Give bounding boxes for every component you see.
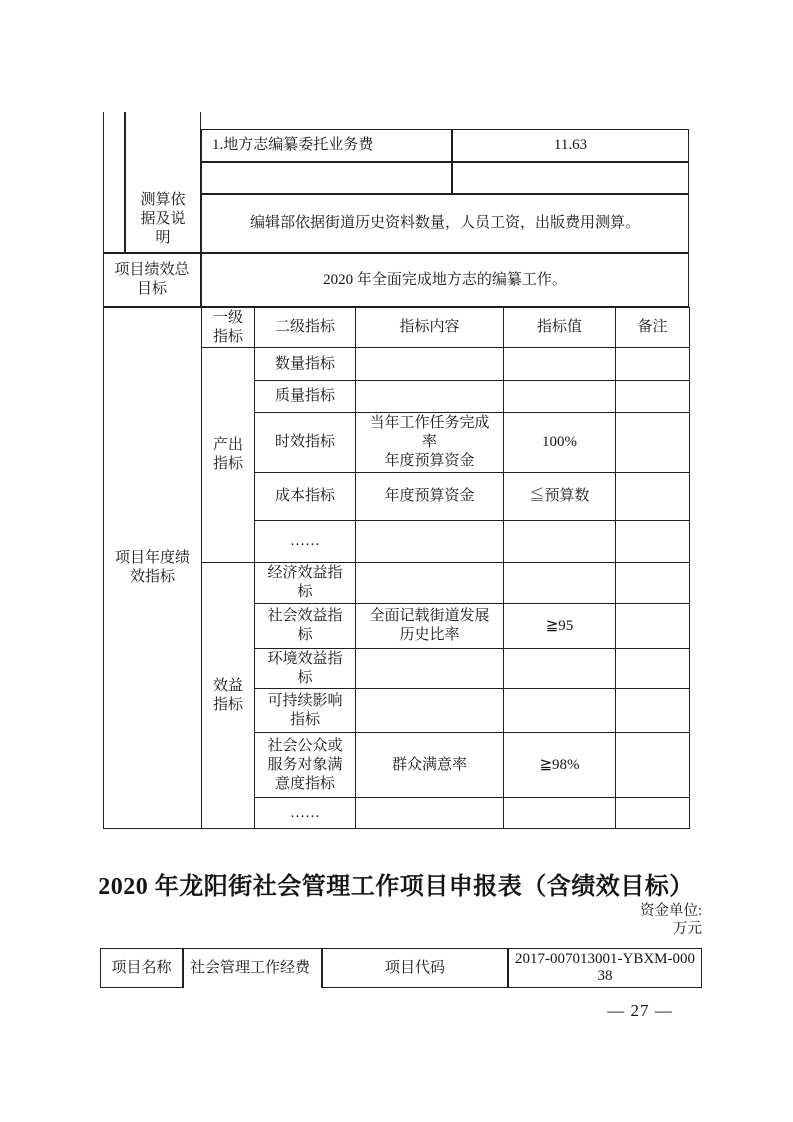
content-cell: 全面记载街道发展 历史比率 bbox=[356, 604, 504, 649]
remark-cell bbox=[616, 689, 690, 733]
content-cell bbox=[356, 563, 504, 604]
fund-unit-value: 万元 bbox=[402, 921, 702, 939]
level2-cell: …… bbox=[255, 798, 356, 829]
annual-indicator-label-cell: 项目年度绩 效指标 bbox=[104, 308, 202, 829]
value-cell: 100% bbox=[504, 413, 616, 473]
content-cell bbox=[356, 798, 504, 829]
value-cell bbox=[504, 521, 616, 563]
content-cell bbox=[356, 689, 504, 733]
header-content-cell: 指标内容 bbox=[356, 308, 504, 348]
remark-cell bbox=[616, 381, 690, 413]
header-level1-cell: 一级 指标 bbox=[202, 308, 255, 348]
project-code-value-cell: 2017-007013001-YBXM-00038 bbox=[508, 948, 702, 988]
value-cell: ≧98% bbox=[504, 733, 616, 798]
header-value-cell: 指标值 bbox=[504, 308, 616, 348]
content-cell bbox=[356, 348, 504, 381]
value-cell: ≦预算数 bbox=[504, 473, 616, 521]
level2-cell: 社会公众或 服务对象满 意度指标 bbox=[255, 733, 356, 798]
level2-cell: 数量指标 bbox=[255, 348, 356, 381]
level2-cell: 质量指标 bbox=[255, 381, 356, 413]
level2-cell: 时效指标 bbox=[255, 413, 356, 473]
remark-cell bbox=[616, 521, 690, 563]
remark-cell bbox=[616, 473, 690, 521]
project-code-label-cell: 项目代码 bbox=[322, 948, 508, 988]
remark-cell bbox=[616, 649, 690, 689]
value-cell bbox=[504, 798, 616, 829]
remark-cell bbox=[616, 563, 690, 604]
benefit-group-label-cell: 效益 指标 bbox=[202, 563, 255, 829]
project-name-label-cell: 项目名称 bbox=[100, 948, 183, 988]
fund-unit-label: 资金单位: bbox=[402, 903, 702, 921]
indicator-table: 项目年度绩 效指标 一级 指标 二级指标 指标内容 指标值 备注 产出 指标 数… bbox=[103, 307, 690, 829]
calc-basis-label-cell: 测算依 据及说 明 bbox=[125, 112, 201, 253]
output-group-label-cell: 产出 指标 bbox=[202, 348, 255, 563]
expense-item-cell: 1.地方志编纂委托业务费 bbox=[201, 129, 452, 162]
overall-goal-label-cell: 项目绩效总 目标 bbox=[103, 253, 201, 307]
remark-cell bbox=[616, 413, 690, 473]
form-title: 2020 年龙阳街社会管理工作项目申报表（含绩效目标） bbox=[98, 866, 694, 901]
value-cell bbox=[504, 563, 616, 604]
left-spacer-column-cell bbox=[103, 112, 125, 253]
fund-unit-note: 资金单位: 万元 bbox=[402, 903, 702, 938]
page-number: — 27 — bbox=[560, 1001, 720, 1021]
value-cell bbox=[504, 689, 616, 733]
content-cell: 群众满意率 bbox=[356, 733, 504, 798]
document-page: 测算依 据及说 明 1.地方志编纂委托业务费 11.63 编辑部依据街道历史资料… bbox=[0, 0, 793, 1122]
level2-cell: 环境效益指 标 bbox=[255, 649, 356, 689]
content-cell bbox=[356, 381, 504, 413]
calc-basis-text-cell: 编辑部依据街道历史资料数量，人员工资，出版费用测算。 bbox=[201, 194, 689, 253]
expense-amount-cell: 11.63 bbox=[452, 129, 689, 162]
value-cell bbox=[504, 649, 616, 689]
level2-cell: 经济效益指 标 bbox=[255, 563, 356, 604]
content-cell: 年度预算资金 bbox=[356, 473, 504, 521]
level2-cell: …… bbox=[255, 521, 356, 563]
header-remark-cell: 备注 bbox=[616, 308, 690, 348]
level2-cell: 成本指标 bbox=[255, 473, 356, 521]
level2-cell: 社会效益指 标 bbox=[255, 604, 356, 649]
empty-item-cell bbox=[201, 162, 452, 194]
remark-cell bbox=[616, 604, 690, 649]
remark-cell bbox=[616, 798, 690, 829]
level2-cell: 可持续影响 指标 bbox=[255, 689, 356, 733]
overall-goal-text-cell: 2020 年全面完成地方志的编纂工作。 bbox=[201, 253, 689, 307]
content-cell bbox=[356, 521, 504, 563]
value-cell: ≧95 bbox=[504, 604, 616, 649]
value-cell bbox=[504, 348, 616, 381]
value-cell bbox=[504, 381, 616, 413]
empty-amount-cell bbox=[452, 162, 689, 194]
content-cell: 当年工作任务完成 率 年度预算资金 bbox=[356, 413, 504, 473]
content-cell bbox=[356, 649, 504, 689]
header-level2-cell: 二级指标 bbox=[255, 308, 356, 348]
remark-cell bbox=[616, 733, 690, 798]
remark-cell bbox=[616, 348, 690, 381]
project-name-value-cell: 社会管理工作经费 bbox=[183, 948, 322, 988]
